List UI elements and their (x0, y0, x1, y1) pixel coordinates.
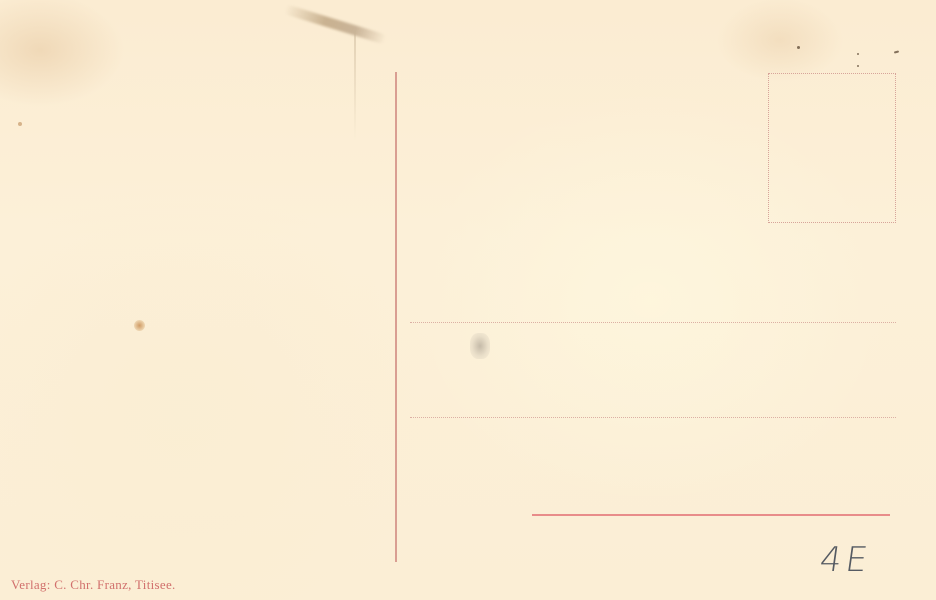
foxing-spot (134, 320, 145, 331)
postcard-back: Verlag: C. Chr. Franz, Titisee. 4E (0, 0, 936, 600)
speck (857, 65, 859, 67)
faint-crease-mark (354, 30, 356, 140)
speck (894, 50, 899, 53)
publisher-imprint: Verlag: C. Chr. Franz, Titisee. (11, 577, 176, 593)
crease-stain (284, 4, 387, 44)
stamp-box (768, 73, 896, 223)
center-divider-line (395, 72, 397, 562)
address-line-3-underline (532, 514, 890, 516)
handwritten-note: 4E (818, 543, 874, 577)
speck (797, 46, 800, 49)
speck (857, 53, 859, 55)
smudge-mark (470, 333, 490, 359)
speck (18, 122, 22, 126)
address-line-2 (410, 417, 896, 418)
address-line-1 (410, 322, 896, 323)
